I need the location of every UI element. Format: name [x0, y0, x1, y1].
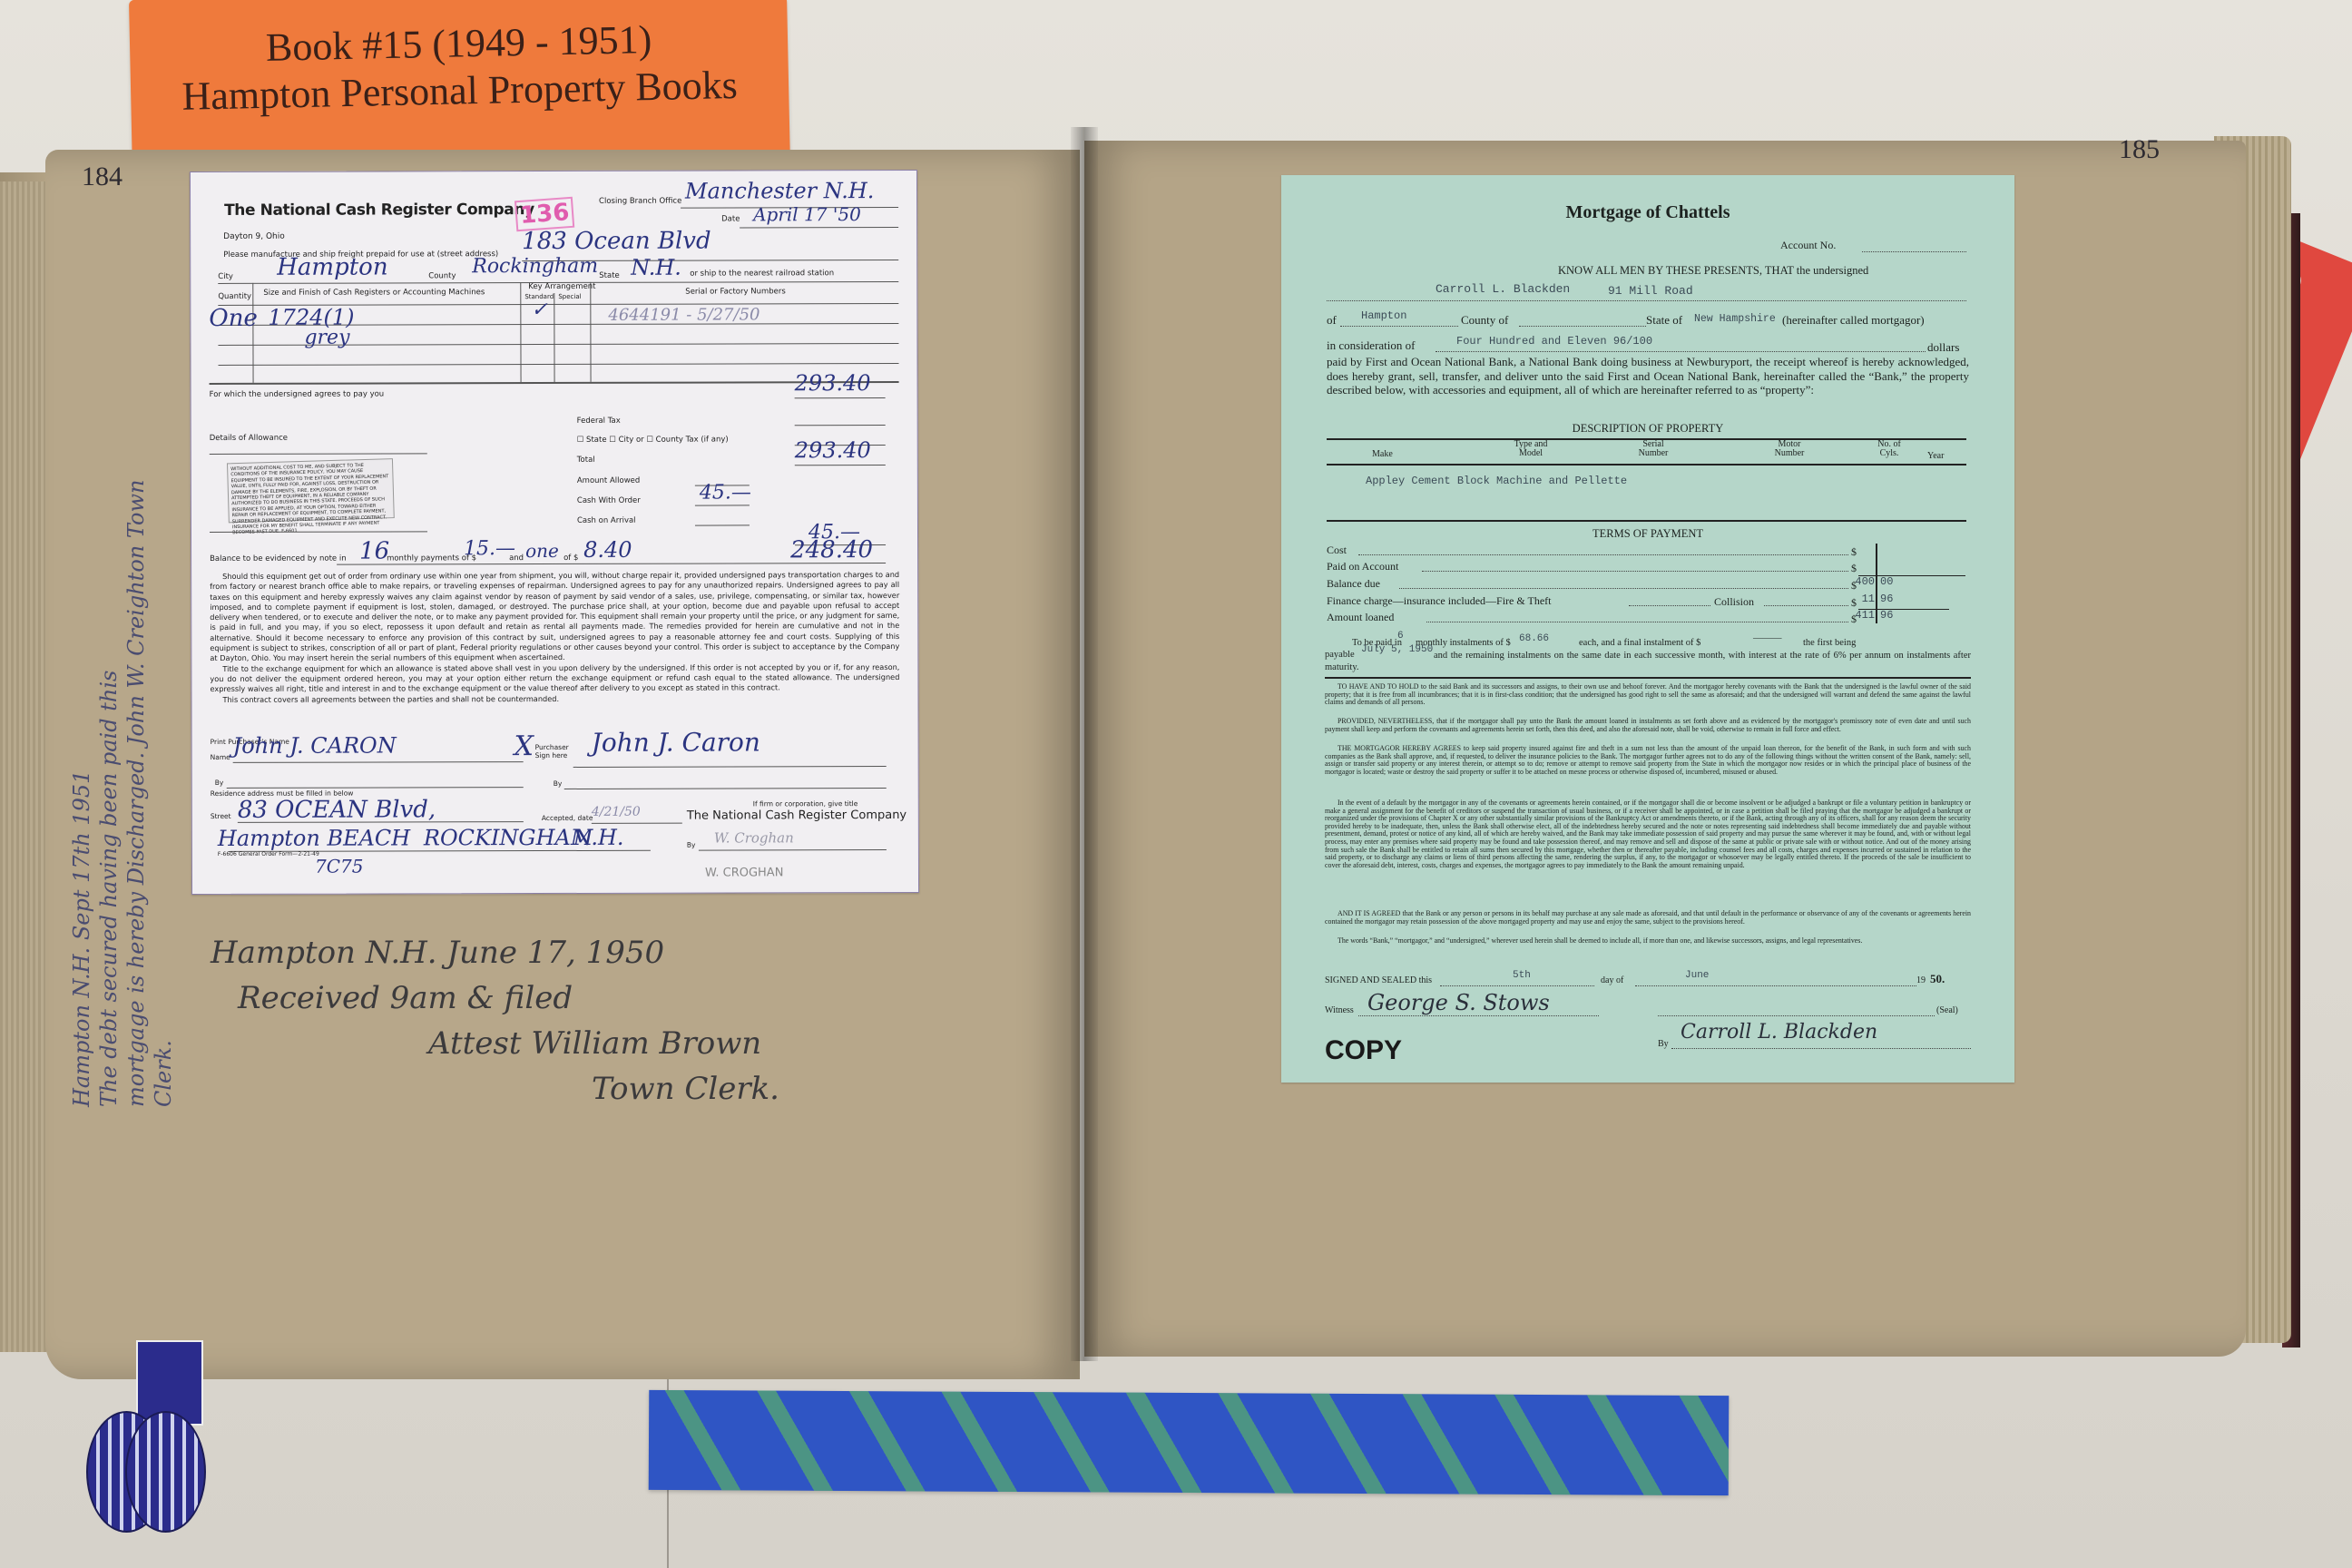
- pay-label: For which the undersigned agrees to pay …: [210, 389, 385, 399]
- legal-agreed: AND IT IS AGREED that the Bank or any pe…: [1325, 910, 1971, 926]
- mortgage-title: Mortgage of Chattels: [1281, 202, 2014, 223]
- of-label: of: [1327, 313, 1337, 328]
- residence-county: ROCKINGHAM: [424, 825, 593, 850]
- finance-dollars: 11: [1844, 593, 1875, 605]
- col-cyls: No. of Cyls.: [1871, 440, 1907, 458]
- binder-clip-handle-2: [125, 1411, 206, 1533]
- instalment-text-4: the first being: [1803, 638, 1856, 648]
- book-gutter: [1071, 127, 1098, 1361]
- ncr-by-stamp: W. CROGHAN: [705, 866, 783, 879]
- street-label: Street: [211, 812, 231, 820]
- finance-cents: 96: [1880, 593, 1893, 605]
- terms-collision-label: Collision: [1714, 595, 1754, 609]
- loaned-dollars: 411: [1844, 609, 1875, 622]
- col-year: Year: [1927, 451, 1944, 461]
- discharge-note: Hampton N.H. Sept 17th 1951 The debt sec…: [68, 436, 177, 1107]
- terms-balance-label: Balance due: [1327, 577, 1380, 591]
- description-heading: DESCRIPTION OF PROPERTY: [1281, 422, 2014, 436]
- balance-value: 248.40: [790, 536, 873, 563]
- instalment-text-3: each, and a final instalment of $: [1579, 638, 1700, 648]
- terms-paid-label: Paid on Account: [1327, 560, 1398, 573]
- filing-note: Hampton N.H. June 17, 1950 Received 9am …: [211, 930, 779, 1112]
- legal-mortgagor-agrees: THE MORTGAGOR HEREBY AGREES to keep said…: [1325, 745, 1971, 776]
- page-number-left: 184: [82, 162, 122, 192]
- firm-title-label: If firm or corporation, give title: [753, 799, 858, 808]
- and-value: one: [525, 540, 559, 562]
- details-allowance-label: Details of Allowance: [210, 434, 288, 443]
- balance-cents: 00: [1880, 575, 1893, 588]
- filing-note-line-3: Attest William Brown: [211, 1021, 779, 1066]
- witness-label: Witness: [1325, 1005, 1354, 1015]
- col-type-model: Type and Model: [1504, 440, 1558, 458]
- painters-tape: [649, 1390, 1730, 1495]
- residence-state: N.H.: [573, 825, 624, 850]
- signed-month: June: [1685, 970, 1709, 981]
- pay-value: 293.40: [795, 370, 871, 396]
- terms-finance-label: Finance charge—insurance included—Fire &…: [1327, 594, 1551, 608]
- filing-note-line-1: Hampton N.H. June 17, 1950: [211, 930, 779, 975]
- day-of-label: day of: [1601, 975, 1623, 985]
- of-value: Hampton: [1361, 309, 1406, 322]
- purchaser-sign-label: Purchaser Sign here: [535, 743, 581, 759]
- terms-amount-loaned-label: Amount loaned: [1327, 611, 1394, 624]
- state-tax-label: ☐ State ☐ City or ☐ County Tax (if any): [577, 435, 729, 444]
- handwritten-code: 7C75: [315, 856, 364, 877]
- col-make: Make: [1372, 449, 1393, 459]
- and-label: and: [509, 554, 524, 563]
- loaned-cents: 96: [1880, 609, 1893, 622]
- mortgage-paragraph-1: paid by First and Ocean National Bank, a…: [1327, 355, 1969, 397]
- filing-note-line-4: Town Clerk.: [211, 1066, 779, 1112]
- discharge-note-line-2: The debt secured having been paid this: [95, 436, 122, 1107]
- signed-label: SIGNED AND SEALED this: [1325, 975, 1432, 985]
- ncr-by-label: By: [687, 841, 696, 849]
- residence-street: 83 OCEAN Blvd,: [238, 796, 436, 824]
- instalment-amount: 68.66: [1519, 633, 1549, 644]
- terms-paragraph-1: Should this equipment get out of order f…: [210, 570, 899, 664]
- hereinafter-label: (hereinafter called mortgagor): [1782, 313, 1925, 328]
- federal-tax-label: Federal Tax: [577, 416, 621, 426]
- terms-paragraph-2: Title to the exchange equipment for whic…: [210, 662, 899, 695]
- col-serial: Serial Number: [1631, 440, 1676, 458]
- terms-cost-label: Cost: [1327, 544, 1347, 557]
- col-motor: Motor Number: [1767, 440, 1812, 458]
- witness-signature: George S. Stows: [1367, 990, 1550, 1015]
- mortgagor-name: Carroll L. Blackden: [1436, 282, 1570, 296]
- accepted-value: 4/21/50: [592, 805, 641, 819]
- book-label: Book #15 (1949 - 1951) Hampton Personal …: [129, 0, 790, 172]
- name-value: John J. CARON: [233, 732, 397, 758]
- state-label: State of: [1646, 313, 1682, 328]
- consideration-value: Four Hundred and Eleven 96/100: [1456, 335, 1652, 348]
- legal-to-have: TO HAVE AND TO HOLD to the said Bank and…: [1325, 683, 1971, 707]
- ncr-by-signature: W. Croghan: [714, 829, 794, 846]
- accepted-label: Accepted, date: [542, 814, 593, 822]
- discharge-note-line-3: mortgage is hereby Discharged. John W. C…: [122, 436, 177, 1107]
- consideration-label: in consideration of: [1327, 338, 1415, 353]
- ncr-sign-company: The National Cash Register Company: [687, 808, 906, 823]
- instalment-count: 6: [1397, 631, 1404, 642]
- mortgagor-address: 91 Mill Road: [1608, 284, 1693, 298]
- mortgagor-signature: Carroll L. Blackden: [1681, 1021, 1877, 1044]
- state-value: New Hampshire: [1694, 313, 1776, 325]
- legal-default: In the event of a default by the mortgag…: [1325, 799, 1971, 869]
- mortgage-document: Mortgage of Chattels Account No. KNOW AL…: [1281, 175, 2014, 1083]
- year-prefix: 19: [1916, 975, 1926, 985]
- know-all-text: KNOW ALL MEN BY THESE PRESENTS, THAT the…: [1558, 264, 1868, 278]
- mortgage-by-label: By: [1658, 1039, 1669, 1049]
- final-instalment: ———: [1753, 633, 1782, 643]
- amount-allowed-label: Amount Allowed: [577, 476, 640, 485]
- of-label: of $: [563, 554, 578, 563]
- dollars-label: dollars: [1927, 340, 1959, 355]
- page-stack-left: [0, 181, 50, 1352]
- signed-day: 5th: [1513, 970, 1531, 981]
- cash-with-order-value: 45.—: [700, 481, 751, 504]
- year-suffix: 50.: [1930, 972, 1945, 986]
- dollar-sign: $: [1851, 545, 1857, 559]
- instalment-text-5: and the remaining instalments on the sam…: [1325, 650, 1971, 673]
- balance-months: 16: [359, 537, 389, 564]
- balance-dollars: 400: [1844, 575, 1875, 588]
- monthly-payment-value: 15.—: [464, 537, 515, 560]
- property-item: Appley Cement Block Machine and Pellette: [1366, 475, 1627, 487]
- discharge-note-line-1: Hampton N.H. Sept 17th 1951: [68, 436, 95, 1107]
- legal-words: The words “Bank,” “mortgagor,” and “unde…: [1325, 937, 1971, 946]
- form-number: F-6606 General Order Form—2-21-49: [218, 851, 319, 857]
- residence-city: Hampton BEACH: [218, 825, 410, 851]
- total-label: Total: [577, 456, 595, 465]
- legal-provided: PROVIDED, NEVERTHELESS, that if the mort…: [1325, 718, 1971, 733]
- terms-paragraph-3: This contract covers all agreements betw…: [210, 693, 899, 705]
- seal-label: (Seal): [1936, 1005, 1958, 1015]
- final-payment-value: 8.40: [583, 537, 632, 563]
- dollar-sign: $: [1851, 562, 1857, 575]
- balance-label: Balance to be evidenced by note in: [210, 554, 347, 563]
- insurance-notice: WITHOUT ADDITIONAL COST TO ME, AND SUBJE…: [227, 458, 395, 523]
- account-label: Account No.: [1780, 239, 1836, 252]
- page-number-right: 185: [2119, 134, 2160, 165]
- terms-heading: TERMS OF PAYMENT: [1281, 527, 2014, 541]
- x-mark: X: [514, 730, 534, 762]
- ncr-order-form: The National Cash Register Company Dayto…: [190, 170, 919, 895]
- by-label-left: By: [215, 779, 224, 787]
- copy-stamp: COPY: [1325, 1035, 1402, 1066]
- total-value: 293.40: [795, 437, 871, 463]
- county-label: County of: [1461, 313, 1508, 328]
- by-label-right: By: [554, 779, 563, 788]
- filing-note-line-2: Received 9am & filed: [211, 975, 779, 1021]
- name-label: Name: [211, 753, 230, 761]
- cash-with-order-label: Cash With Order: [577, 496, 641, 505]
- cash-on-arrival-label: Cash on Arrival: [577, 516, 636, 525]
- purchaser-signature: John J. Caron: [592, 727, 760, 757]
